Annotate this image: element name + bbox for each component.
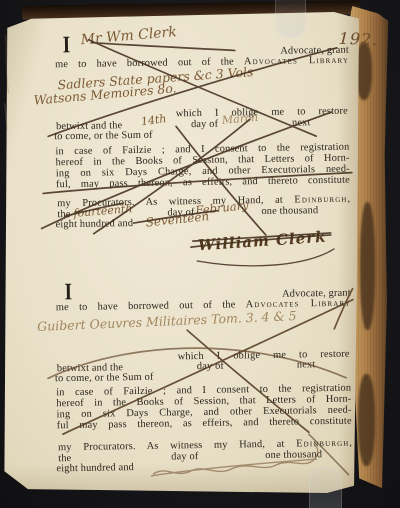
- borrower-signature: William Clerk: [197, 228, 327, 255]
- printed-day-of: day of: [197, 361, 224, 372]
- printed-line-sum: to come, or the Sum of: [55, 372, 154, 385]
- gutter-bleed-through: [4, 35, 9, 129]
- drop-cap-i: I: [63, 32, 71, 60]
- handwritten-signed-year: Seventeen: [145, 209, 210, 229]
- handwritten-borrower-name: Mr Wm Clerk: [80, 24, 177, 48]
- page-holding-strap-bottom: [309, 467, 342, 508]
- printed-eight-hundred: eight hundred and: [55, 218, 133, 230]
- page-holding-strap-top: [275, 0, 306, 38]
- printed-next: next: [297, 359, 316, 370]
- handwritten-return-day: 14th: [140, 112, 167, 128]
- printed-day-of: day of: [171, 451, 198, 462]
- printed-line-sum: to come, or the Sum of: [54, 130, 153, 143]
- printed-next: next: [292, 117, 311, 128]
- handwritten-return-month: March: [221, 111, 258, 127]
- city-name: Edinburgh,: [296, 438, 353, 450]
- printed-day-of: day of: [191, 119, 218, 130]
- library-name: Advocates Library: [244, 55, 349, 68]
- page-ink-layer: 192. I Mr Wm Clerk Advocate, grant me to…: [0, 0, 400, 508]
- printed-line-restore: which I oblige me to restore: [176, 106, 348, 120]
- printed-eight-hundred: eight hundred and: [56, 462, 134, 474]
- printed-one-thousand: one thousand: [261, 205, 318, 217]
- printed-line-borrowed: me to have borrowed out of the Advocates…: [56, 298, 351, 314]
- library-name: Advocates Library: [246, 298, 351, 311]
- printed-one-thousand: one thousand: [265, 449, 322, 461]
- city-name: Edinburgh,: [294, 194, 351, 206]
